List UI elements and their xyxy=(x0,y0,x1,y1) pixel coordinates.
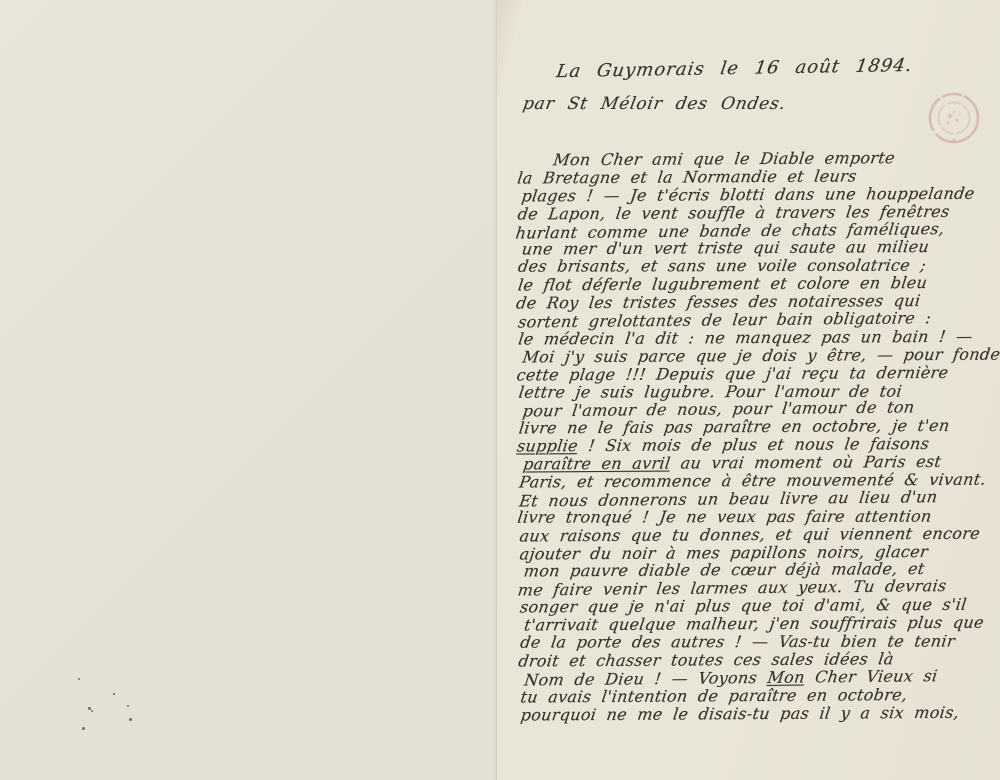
ink-speck xyxy=(78,678,80,680)
ink-stamp-icon xyxy=(926,90,982,146)
ink-speck xyxy=(127,705,129,707)
address-line: par St Méloir des Ondes. xyxy=(521,94,787,114)
dateline: La Guymorais le 16 août 1894. xyxy=(555,55,914,82)
letter-line: pourquoi ne me le disais-tu pas il y a s… xyxy=(519,703,1000,724)
letter-line: cette plage !!! Depuis que j'ai reçu ta … xyxy=(515,363,999,384)
ink-speck xyxy=(82,727,85,730)
letter-page-right: La Guymorais le 16 août 1894. par St Mél… xyxy=(497,0,1000,780)
ink-speck xyxy=(113,693,115,695)
letter-body: Mon Cher ami que le Diable emportela Bre… xyxy=(517,149,1000,724)
ink-speck xyxy=(129,718,132,721)
ink-speck xyxy=(91,710,93,712)
letter-scan: La Guymorais le 16 août 1894. par St Mél… xyxy=(0,0,1000,780)
letter-page-left xyxy=(0,0,497,780)
letter-line: de la porte des autres ! — Vas-tu bien t… xyxy=(519,632,1000,651)
